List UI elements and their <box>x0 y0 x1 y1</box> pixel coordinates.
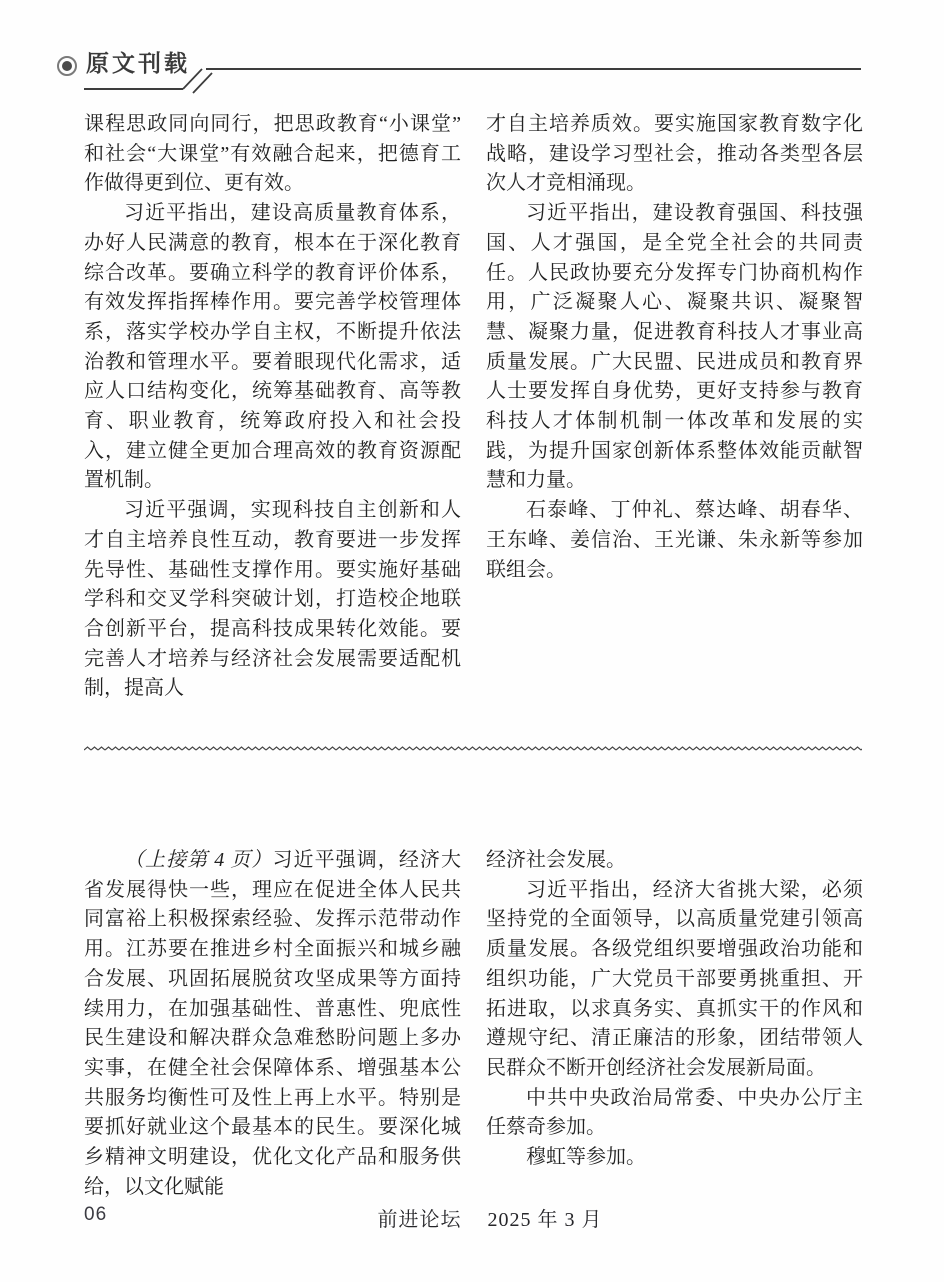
footer-journal-line: 前进论坛2025 年 3 月 <box>0 1203 944 1232</box>
lower-article-left-column: （上接第 4 页）习近平强调，经济大省发展得快一些，理应在促进全体人民共同富裕上… <box>84 846 461 1202</box>
magazine-page: 原文刊载 课程思政同向同行，把思政教育“小课堂”和社会“大课堂”有效融合起来，把… <box>0 0 944 1282</box>
issue-date: 2025 年 3 月 <box>488 1209 603 1231</box>
paragraph-text: 习近平强调，经济大省发展得快一些，理应在促进全体人民共同富裕上积极探索经验、发挥… <box>84 849 461 1198</box>
paragraph: 中共中央政治局常委、中央办公厅主任蔡奇参加。 <box>486 1084 863 1143</box>
paragraph: （上接第 4 页）习近平强调，经济大省发展得快一些，理应在促进全体人民共同富裕上… <box>84 846 461 1202</box>
paragraph: 习近平指出，建设教育强国、科技强国、人才强国，是全党全社会的共同责任。人民政协要… <box>486 199 863 496</box>
journal-name: 前进论坛 <box>378 1209 462 1231</box>
bullseye-icon <box>57 56 77 76</box>
paragraph: 习近平强调，实现科技自主创新和人才自主培养良性互动，教育要进一步发挥先导性、基础… <box>84 496 461 704</box>
paragraph: 穆虹等参加。 <box>486 1143 863 1173</box>
section-divider <box>84 744 862 753</box>
header-rule <box>84 52 862 98</box>
upper-article-left-column: 课程思政同向同行，把思政教育“小课堂”和社会“大课堂”有效融合起来，把德育工作做… <box>84 110 461 704</box>
lower-article-right-column: 经济社会发展。 习近平指出，经济大省挑大梁，必须坚持党的全面领导，以高质量党建引… <box>486 846 863 1173</box>
upper-article-right-column: 才自主培养质效。要实施国家教育数字化战略，建设学习型社会，推动各类型各层次人才竞… <box>486 110 863 585</box>
paragraph: 课程思政同向同行，把思政教育“小课堂”和社会“大课堂”有效融合起来，把德育工作做… <box>84 110 461 199</box>
paragraph: 习近平指出，建设高质量教育体系，办好人民满意的教育，根本在于深化教育综合改革。要… <box>84 199 461 496</box>
paragraph: 才自主培养质效。要实施国家教育数字化战略，建设学习型社会，推动各类型各层次人才竞… <box>486 110 863 199</box>
continuation-note: （上接第 4 页） <box>124 849 273 871</box>
paragraph: 经济社会发展。 <box>486 846 863 876</box>
paragraph: 习近平指出，经济大省挑大梁，必须坚持党的全面领导，以高质量党建引领高质量发展。各… <box>486 876 863 1084</box>
paragraph: 石泰峰、丁仲礼、蔡达峰、胡春华、王东峰、姜信治、王光谦、朱永新等参加联组会。 <box>486 496 863 585</box>
